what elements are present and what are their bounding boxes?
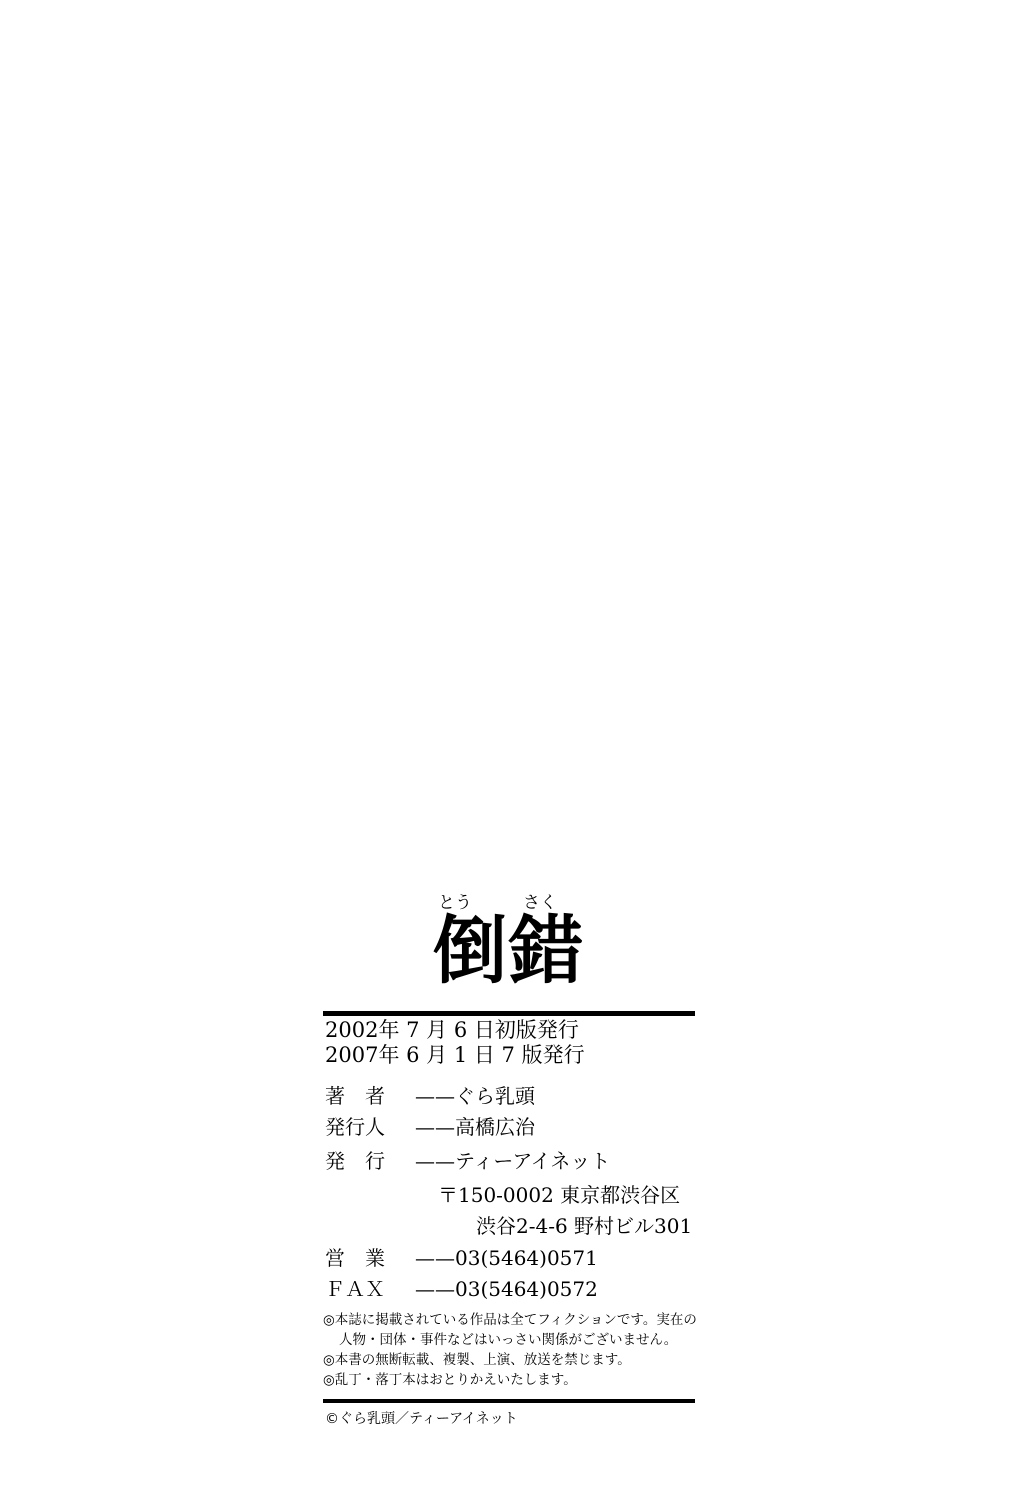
title-ruby: とう さく: [323, 888, 695, 910]
credit-label: 発 行: [325, 1149, 415, 1173]
contact-value: 03(5464)0572: [455, 1277, 598, 1301]
note-reproduction: ◎本書の無断転載、複製、上演、放送を禁じます。: [323, 1350, 697, 1370]
note-defects: ◎乱丁・落丁本はおとりかえいたします。: [323, 1370, 697, 1390]
copyright: ©ぐら乳頭／ティーアイネット: [325, 1408, 518, 1428]
dash: ——: [415, 1084, 455, 1108]
contact-sales: 営 業——03(5464)0571: [325, 1246, 598, 1270]
top-rule: [323, 1011, 695, 1016]
credit-author: 著 者——ぐら乳頭: [325, 1084, 535, 1108]
latest-edition: 2007年 6 月 1 日 7 版発行: [325, 1043, 585, 1068]
bottom-rule: [323, 1399, 695, 1403]
credit-label: 発行人: [325, 1115, 415, 1139]
credit-value: 高橋広治: [455, 1115, 535, 1139]
credit-label: 著 者: [325, 1084, 415, 1108]
credit-publisher-person: 発行人——高橋広治: [325, 1115, 535, 1139]
credit-publisher: 発 行——ティーアイネット: [325, 1149, 610, 1173]
dash: ——: [415, 1115, 455, 1139]
first-edition: 2002年 7 月 6 日初版発行: [325, 1018, 585, 1043]
edition-dates: 2002年 7 月 6 日初版発行 2007年 6 月 1 日 7 版発行: [325, 1018, 585, 1068]
legal-notes: ◎本誌に掲載されている作品は全てフィクションです。実在の 人物・団体・事件などは…: [323, 1310, 697, 1390]
dash: ——: [415, 1277, 455, 1301]
credit-value: ティーアイネット: [455, 1149, 610, 1173]
note-fiction-cont: 人物・団体・事件などはいっさい関係がございません。: [323, 1330, 697, 1350]
address-line-1: 〒150-0002 東京都渋谷区: [438, 1183, 680, 1207]
book-title: 倒錯: [323, 908, 695, 994]
dash: ——: [415, 1149, 455, 1173]
credit-value: ぐら乳頭: [455, 1084, 535, 1108]
contact-label: 営 業: [325, 1246, 415, 1270]
contact-fax: ＦＡＸ——03(5464)0572: [325, 1277, 598, 1301]
contact-label: ＦＡＸ: [325, 1277, 415, 1301]
note-fiction: ◎本誌に掲載されている作品は全てフィクションです。実在の: [323, 1310, 697, 1330]
address-line-2: 渋谷2-4-6 野村ビル301: [476, 1214, 692, 1238]
contact-value: 03(5464)0571: [455, 1246, 598, 1270]
dash: ——: [415, 1246, 455, 1270]
